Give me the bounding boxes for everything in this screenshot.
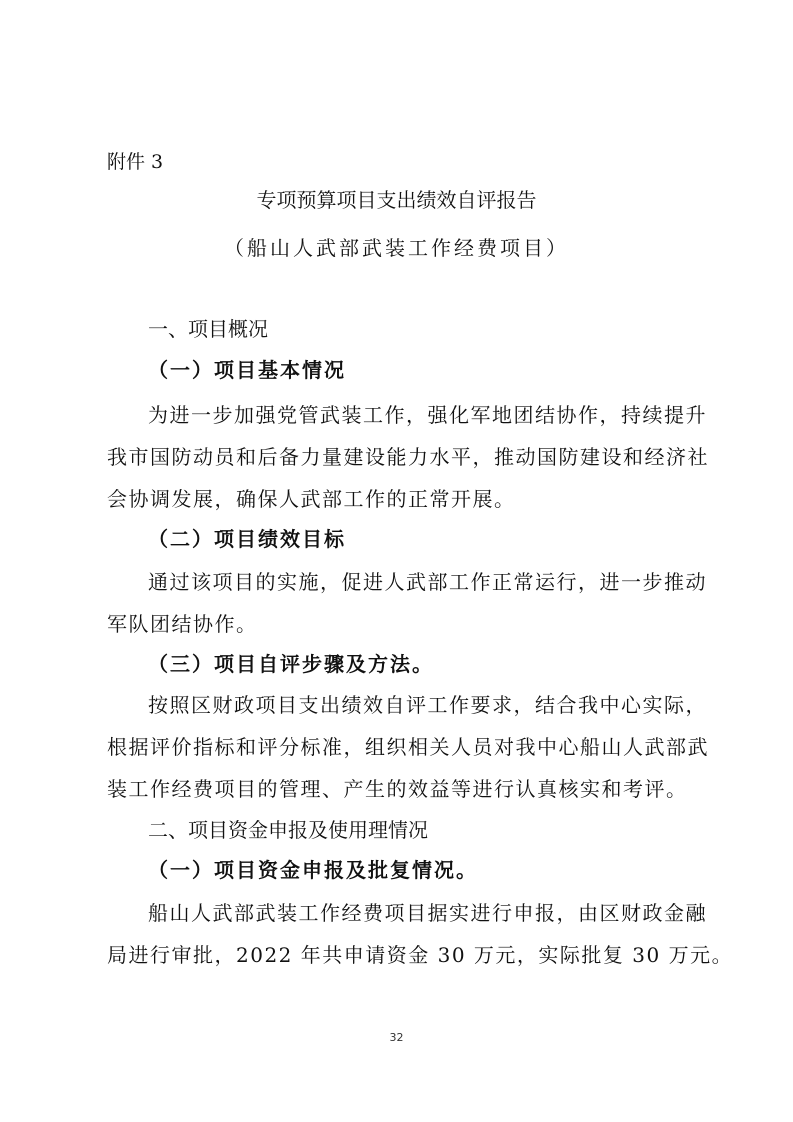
paragraph-line: 会协调发展，确保人武部工作的正常开展。 xyxy=(107,487,516,511)
heading-project-overview: 一、项目概况 xyxy=(148,317,268,341)
document-page: 附件 3 专项预算项目支出绩效自评报告 （船山人武部武装工作经费项目） 一、项目… xyxy=(0,0,793,1122)
attachment-label: 附件 3 xyxy=(107,150,163,174)
subheading-basic-info: （一）项目基本情况 xyxy=(148,358,346,382)
document-subtitle: （船山人武部武装工作经费项目） xyxy=(0,236,793,260)
page-number: 32 xyxy=(0,1026,793,1050)
paragraph-line: 装工作经费项目的管理、产生的效益等进行认真核实和考评。 xyxy=(107,777,688,801)
subheading-funding-approval: （一）项目资金申报及批复情况。 xyxy=(148,858,478,882)
paragraph-line: 按照区财政项目支出绩效自评工作要求，结合我中心实际， xyxy=(148,693,707,717)
paragraph-line: 局进行审批，2022 年共申请资金 30 万元，实际批复 30 万元。 xyxy=(107,943,733,967)
paragraph-line: 军队团结协作。 xyxy=(107,612,258,636)
subheading-performance-goal: （二）项目绩效目标 xyxy=(148,527,346,551)
paragraph-line: 为进一步加强党管武装工作，强化军地团结协作，持续提升 xyxy=(148,403,707,427)
heading-funding: 二、项目资金申报及使用理情况 xyxy=(148,818,428,842)
document-title: 专项预算项目支出绩效自评报告 xyxy=(0,188,793,212)
paragraph-line: 通过该项目的实施，促进人武部工作正常运行，进一步推动 xyxy=(148,570,707,594)
paragraph-line: 我市国防动员和后备力量建设能力水平，推动国防建设和经济社 xyxy=(107,445,709,469)
paragraph-line: 船山人武部武装工作经费项目据实进行申报，由区财政金融 xyxy=(148,901,707,925)
paragraph-line: 根据评价指标和评分标准，组织相关人员对我中心船山人武部武 xyxy=(107,735,709,759)
subheading-evaluation-method: （三）项目自评步骤及方法。 xyxy=(148,652,434,676)
